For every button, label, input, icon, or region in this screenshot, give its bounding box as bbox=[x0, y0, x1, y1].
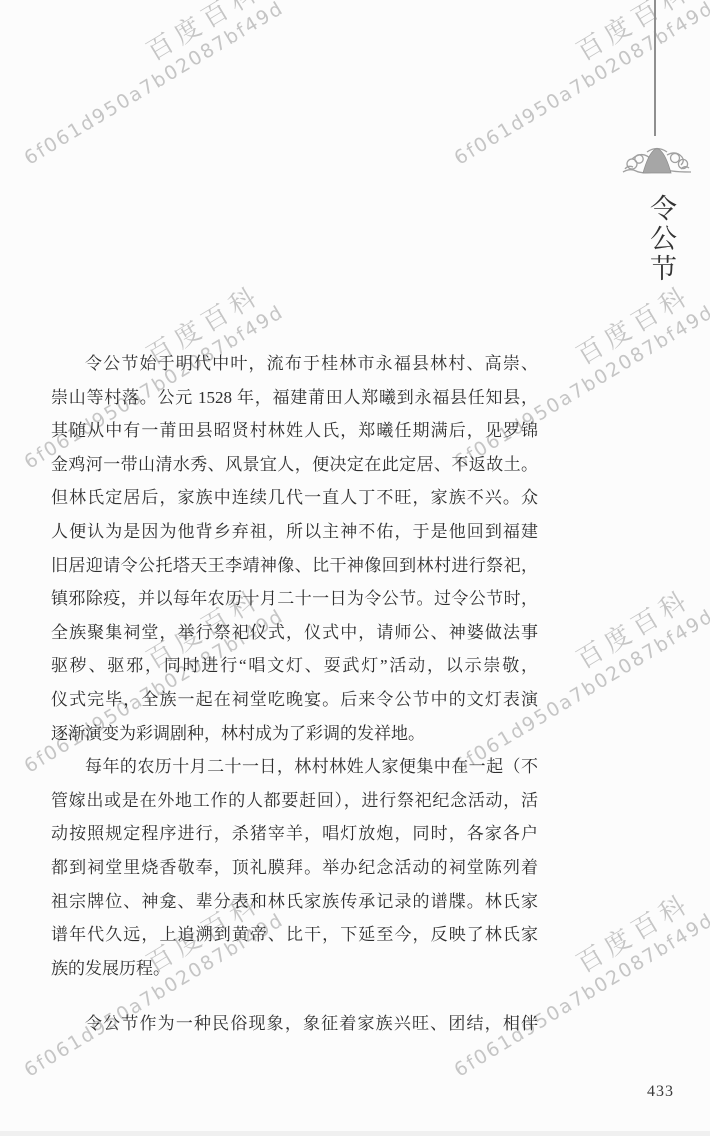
watermark-brand: 百度百科 bbox=[5, 0, 278, 150]
paragraph: 每年的农历十月二十一日，林村林姓人家便集中在一起（不管嫁出或是在外地工作的人都要… bbox=[51, 750, 538, 985]
text-line: 镇邪除疫，并以每年农历十月二十一日为令公节。过令公节时， bbox=[51, 582, 538, 616]
text-line: 驱秽、驱邪，同时进行“唱文灯、耍武灯”活动，以示崇敬， bbox=[51, 649, 538, 683]
text-line: 仪式完毕，全族一起在祠堂吃晚宴。后来令公节中的文灯表演 bbox=[51, 683, 538, 717]
text-line: 全族聚集祠堂，举行祭祀仪式，仪式中，请师公、神婆做法事 bbox=[51, 616, 538, 650]
text-line: 动按照规定程序进行，杀猪宰羊，唱灯放炮，同时，各家各户 bbox=[51, 817, 538, 851]
watermark-hash: 6f061d950a7b02087bf49d bbox=[20, 0, 290, 170]
book-page: 百度百科6f061d950a7b02087bf49d百度百科6f061d950a… bbox=[0, 0, 710, 1136]
chapter-title-vertical: 令公节 bbox=[644, 194, 677, 284]
text-line: 金鸡河一带山清水秀、风景宜人，便决定在此定居、不返故土。 bbox=[51, 448, 538, 482]
text-line: 祖宗牌位、神龛、辈分表和林氏家族传承记录的谱牒。林氏家 bbox=[51, 885, 538, 919]
paragraph: 令公节始于明代中叶，流布于桂林市永福县林村、高崇、崇山等村落。公元 1528 年… bbox=[51, 347, 538, 750]
watermark: 百度百科6f061d950a7b02087bf49d bbox=[5, 0, 290, 170]
cloud-mountain-ornament-icon bbox=[620, 142, 694, 185]
watermark-brand: 百度百科 bbox=[435, 0, 708, 150]
paragraph: 令公节作为一种民俗现象，象征着家族兴旺、团结，相伴 bbox=[51, 1007, 538, 1041]
text-line: 管嫁出或是在外地工作的人都要赶回），进行祭祀纪念活动，活 bbox=[51, 784, 538, 818]
article-body: 令公节始于明代中叶，流布于桂林市永福县林村、高崇、崇山等村落。公元 1528 年… bbox=[51, 347, 538, 1041]
text-line: 都到祠堂里烧香敬奉，顶礼膜拜。举办纪念活动的祠堂陈列着 bbox=[51, 851, 538, 885]
text-line: 令公节始于明代中叶，流布于桂林市永福县林村、高崇、 bbox=[51, 347, 538, 381]
text-line: 旧居迎请令公托塔天王李靖神像、比干神像回到林村进行祭祀， bbox=[51, 549, 538, 583]
text-line: 每年的农历十月二十一日，林村林姓人家便集中在一起（不 bbox=[51, 750, 538, 784]
page-bottom-edge bbox=[0, 1131, 710, 1136]
text-line: 逐渐演变为彩调剧种，林村成为了彩调的发祥地。 bbox=[51, 717, 538, 751]
text-line: 其随从中有一莆田县昭贤村林姓人氏，郑曦任期满后，见罗锦 bbox=[51, 414, 538, 448]
page-number: 433 bbox=[647, 1083, 674, 1101]
text-line: 令公节作为一种民俗现象，象征着家族兴旺、团结，相伴 bbox=[51, 1007, 538, 1041]
text-line: 族的发展历程。 bbox=[51, 952, 538, 986]
text-line: 但林氏定居后，家族中连续几代一直人丁不旺，家族不兴。众 bbox=[51, 481, 538, 515]
margin-rule bbox=[654, 0, 656, 136]
text-line: 人便认为是因为他背乡弃祖，所以主神不佑，于是他回到福建 bbox=[51, 515, 538, 549]
text-line: 崇山等村落。公元 1528 年，福建莆田人郑曦到永福县任知县， bbox=[51, 381, 538, 415]
text-line: 谱年代久远，上追溯到黄帝、比干，下延至今，反映了林氏家 bbox=[51, 918, 538, 952]
